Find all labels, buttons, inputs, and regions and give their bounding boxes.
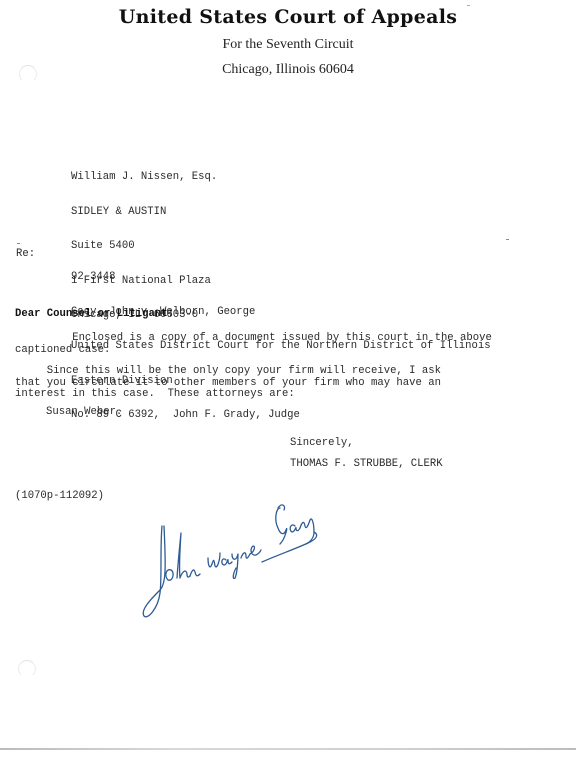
- handwritten-signature: [140, 498, 330, 623]
- court-name: United States Court of Appeals: [0, 6, 576, 28]
- page-edge: [0, 748, 576, 750]
- recipient-line: William J. Nissen, Esq.: [71, 172, 217, 184]
- punch-hole-mark: [18, 660, 36, 678]
- circuit-name: For the Seventh Circuit: [0, 37, 576, 53]
- scan-speck: [506, 239, 509, 240]
- lower-case-number: No. 89 C 6392, John F. Grady, Judge: [71, 410, 491, 422]
- document-reference-code: (1070p-112092): [15, 491, 104, 503]
- valediction: Sincerely,: [290, 438, 354, 450]
- case-number: 92-3448: [71, 272, 491, 284]
- scan-speck: [467, 5, 470, 6]
- court-address: Chicago, Illinois 60604: [0, 62, 576, 78]
- body-paragraph: Enclosed is a copy of a document issued …: [15, 333, 492, 356]
- re-label: Re:: [16, 249, 35, 261]
- body-paragraph: Since this will be the only copy your fi…: [15, 366, 441, 401]
- attorney-name: Susan Weber.: [46, 407, 122, 419]
- salutation: Dear Counsel or Litigant:: [15, 309, 174, 321]
- recipient-line: SIDLEY & AUSTIN: [71, 207, 217, 219]
- signer-name: THOMAS F. STRUBBE, CLERK: [290, 459, 443, 471]
- scan-speck: [17, 243, 20, 244]
